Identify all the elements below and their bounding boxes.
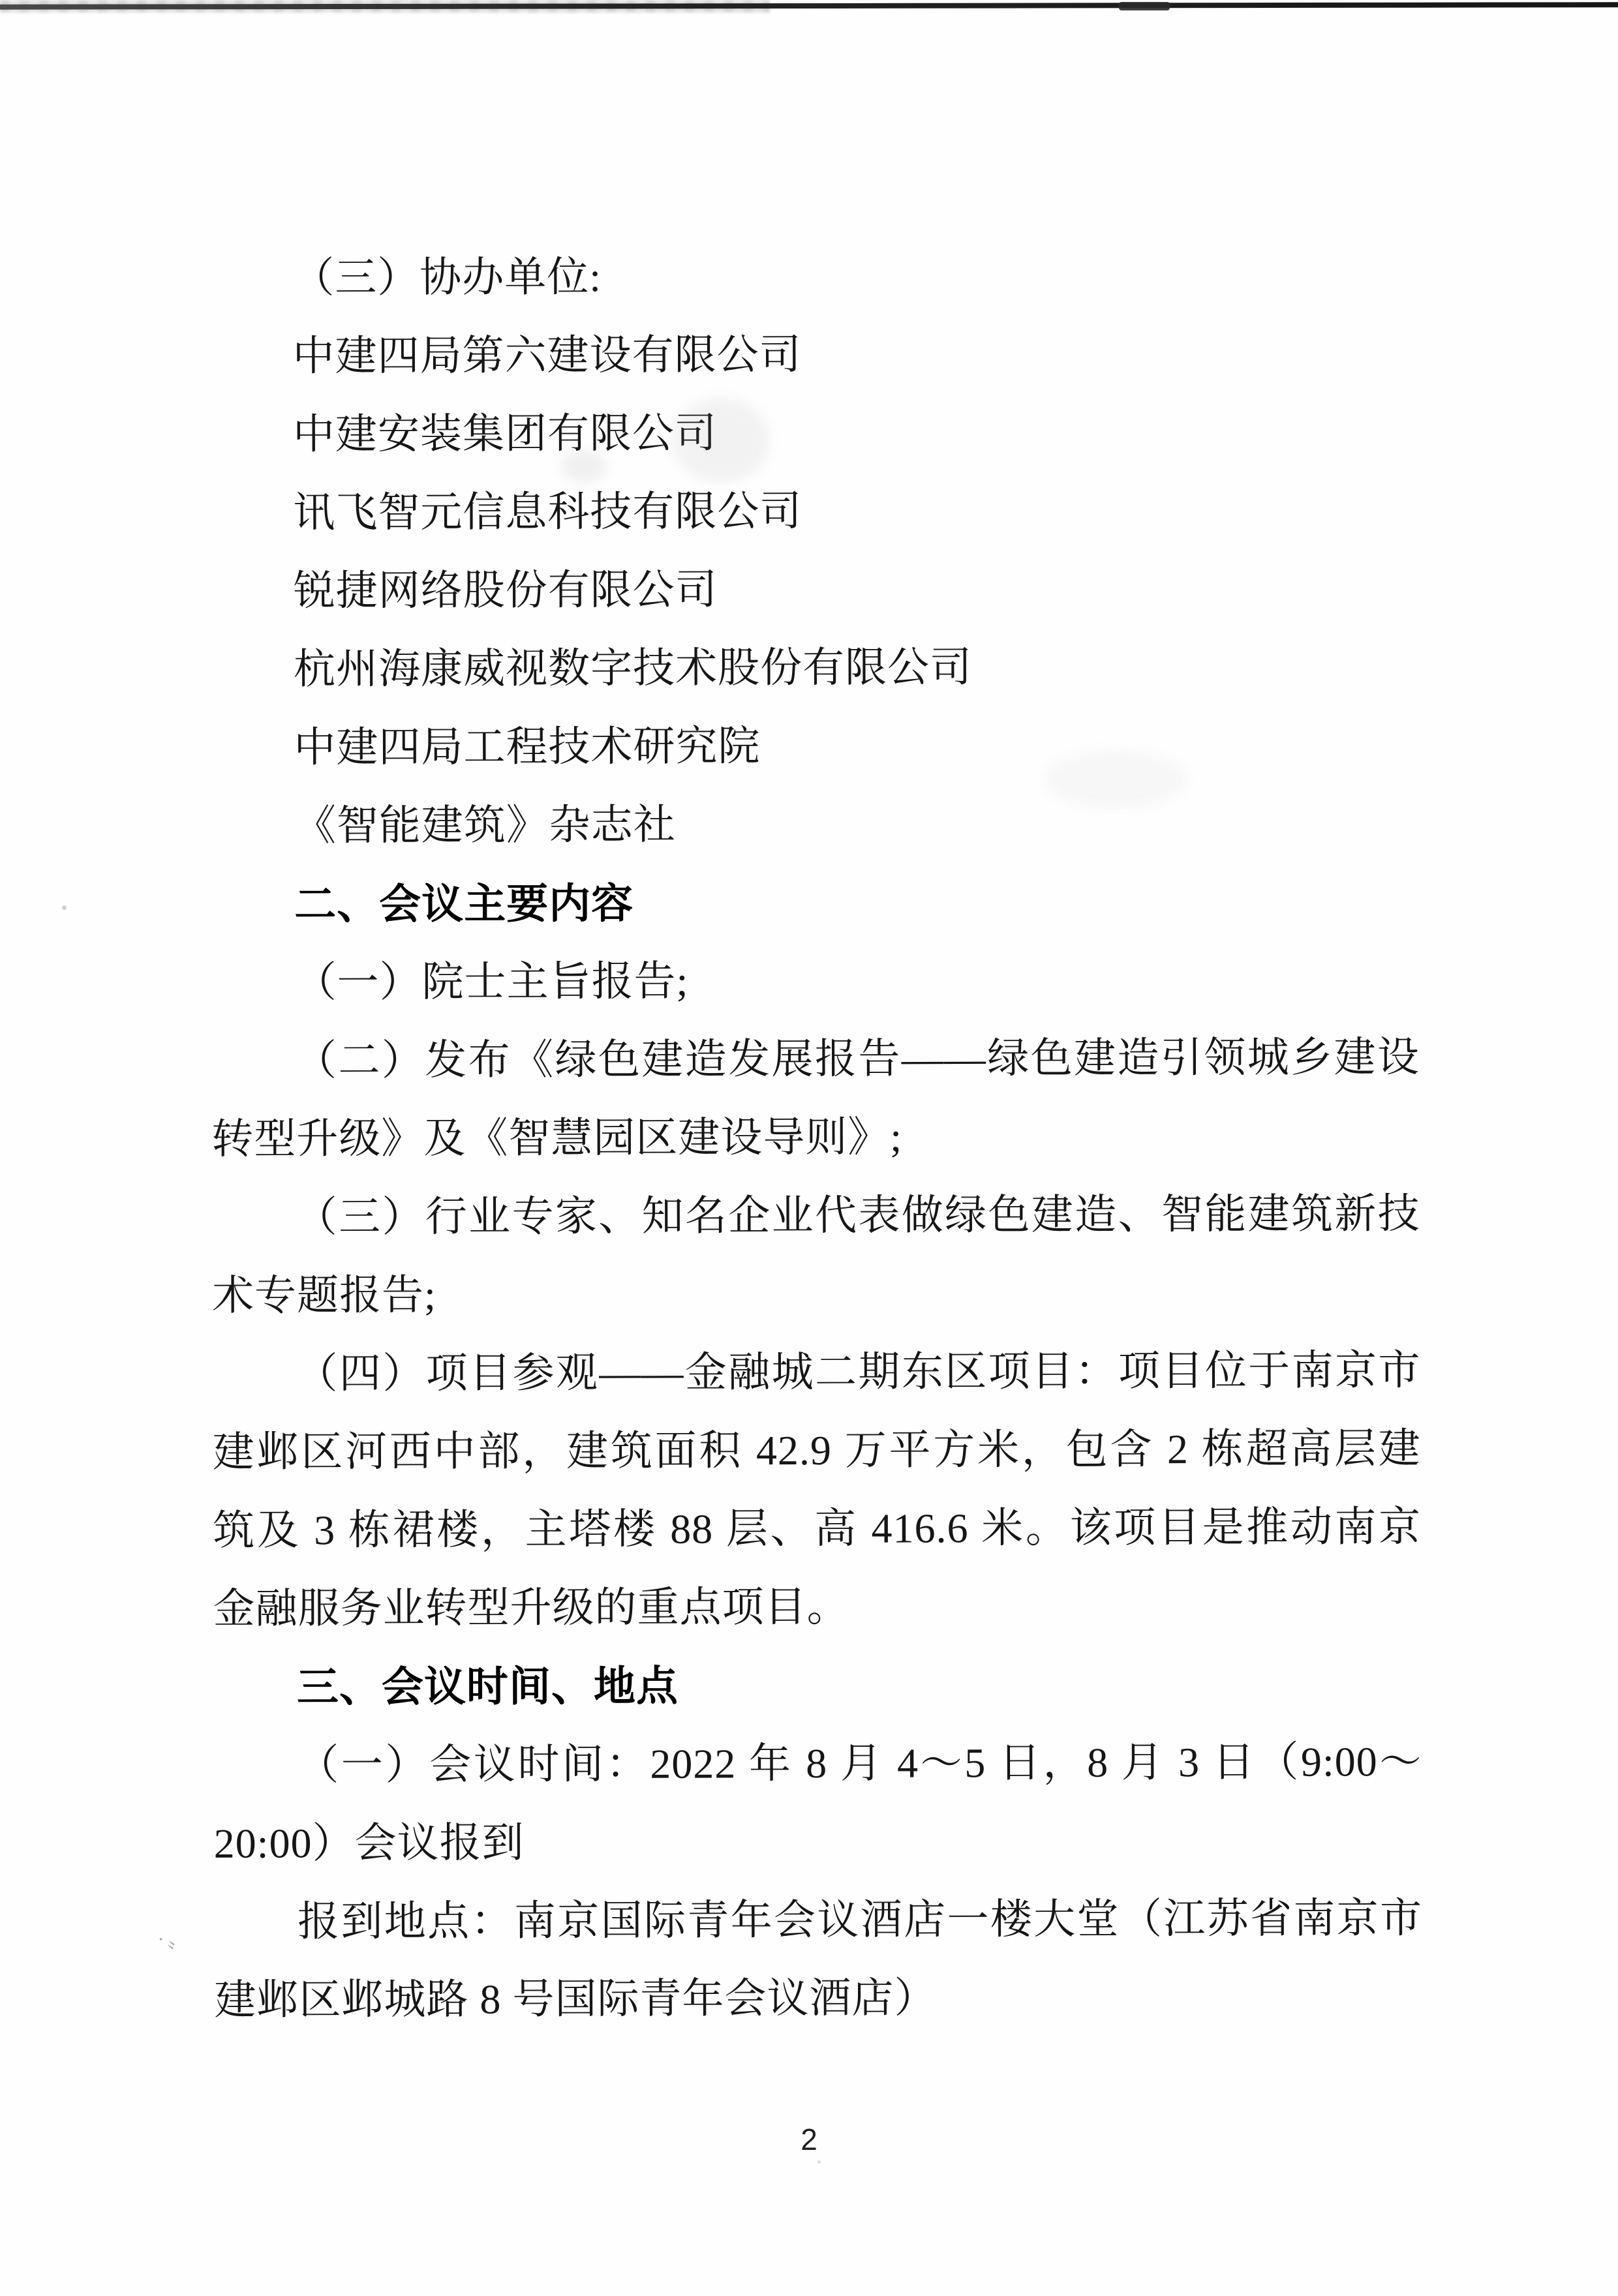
text-line-item: （二）发布《绿色建造发展报告——绿色建造引领城乡建设 (211, 1018, 1420, 1100)
text-line-continuation: 术专题报告; (212, 1253, 1420, 1335)
text-line-company: 锐捷网络股份有限公司 (210, 549, 1418, 631)
text-line-coorganizer-label: （三）协办单位: (209, 235, 1417, 318)
text-line-item: （三）行业专家、知名企业代表做绿色建造、智能建筑新技 (212, 1175, 1420, 1257)
scan-speck (817, 2160, 821, 2164)
text-line-company: 中建安装集团有限公司 (209, 392, 1418, 474)
pencil-mark-artifact: ·〟 (157, 1922, 206, 1954)
text-line-company: 杭州海康威视数字技术股份有限公司 (210, 627, 1418, 709)
text-line-item: （一）会议时间：2022 年 8 月 4～5 日，8 月 3 日（9:00～ (213, 1723, 1422, 1805)
text-line-company: 中建四局第六建设有限公司 (209, 314, 1417, 396)
text-line-item: （四）项目参观——金融城二期东区项目：项目位于南京市 (212, 1331, 1420, 1413)
text-line-item: 报到地点：南京国际青年会议酒店一楼大堂（江苏省南京市 (214, 1879, 1422, 1961)
text-line-continuation: 转型升级》及《智慧园区建设导则》; (211, 1096, 1420, 1179)
text-line-company: 讯飞智元信息科技有限公司 (209, 470, 1418, 552)
text-line-company: 中建四局工程技术研究院 (210, 705, 1418, 787)
scanned-document-page: （三）协办单位: 中建四局第六建设有限公司 中建安装集团有限公司 讯飞智元信息科… (0, 0, 1618, 2296)
text-line-continuation: 金融服务业转型升级的重点项目。 (213, 1566, 1421, 1648)
section-heading-time-place: 三、会议时间、地点 (213, 1644, 1422, 1727)
text-line-continuation: 建邺区邺城路 8 号国际青年会议酒店） (214, 1957, 1422, 2040)
document-body: （三）协办单位: 中建四局第六建设有限公司 中建安装集团有限公司 讯飞智元信息科… (209, 235, 1423, 2040)
text-line-continuation: 筑及 3 栋裙楼，主塔楼 88 层、高 416.6 米。该项目是推动南京 (213, 1488, 1421, 1570)
scan-edge-bump-artifact (1119, 2, 1170, 10)
ink-bleed-ghost (561, 450, 607, 483)
text-line-continuation: 20:00）会议报到 (214, 1801, 1422, 1883)
ink-bleed-ghost (672, 398, 770, 483)
page-number: 2 (0, 2120, 1618, 2159)
text-line-company: 《智能建筑》杂志社 (211, 783, 1419, 866)
section-heading-main-content: 二、会议主要内容 (211, 862, 1419, 944)
text-line-continuation: 建邺区河西中部，建筑面积 42.9 万平方米，包含 2 栋超高层建 (213, 1410, 1421, 1492)
text-line-item: （一）院士主旨报告; (211, 940, 1419, 1022)
ink-bleed-ghost (1044, 750, 1187, 809)
scan-speck (62, 905, 67, 910)
